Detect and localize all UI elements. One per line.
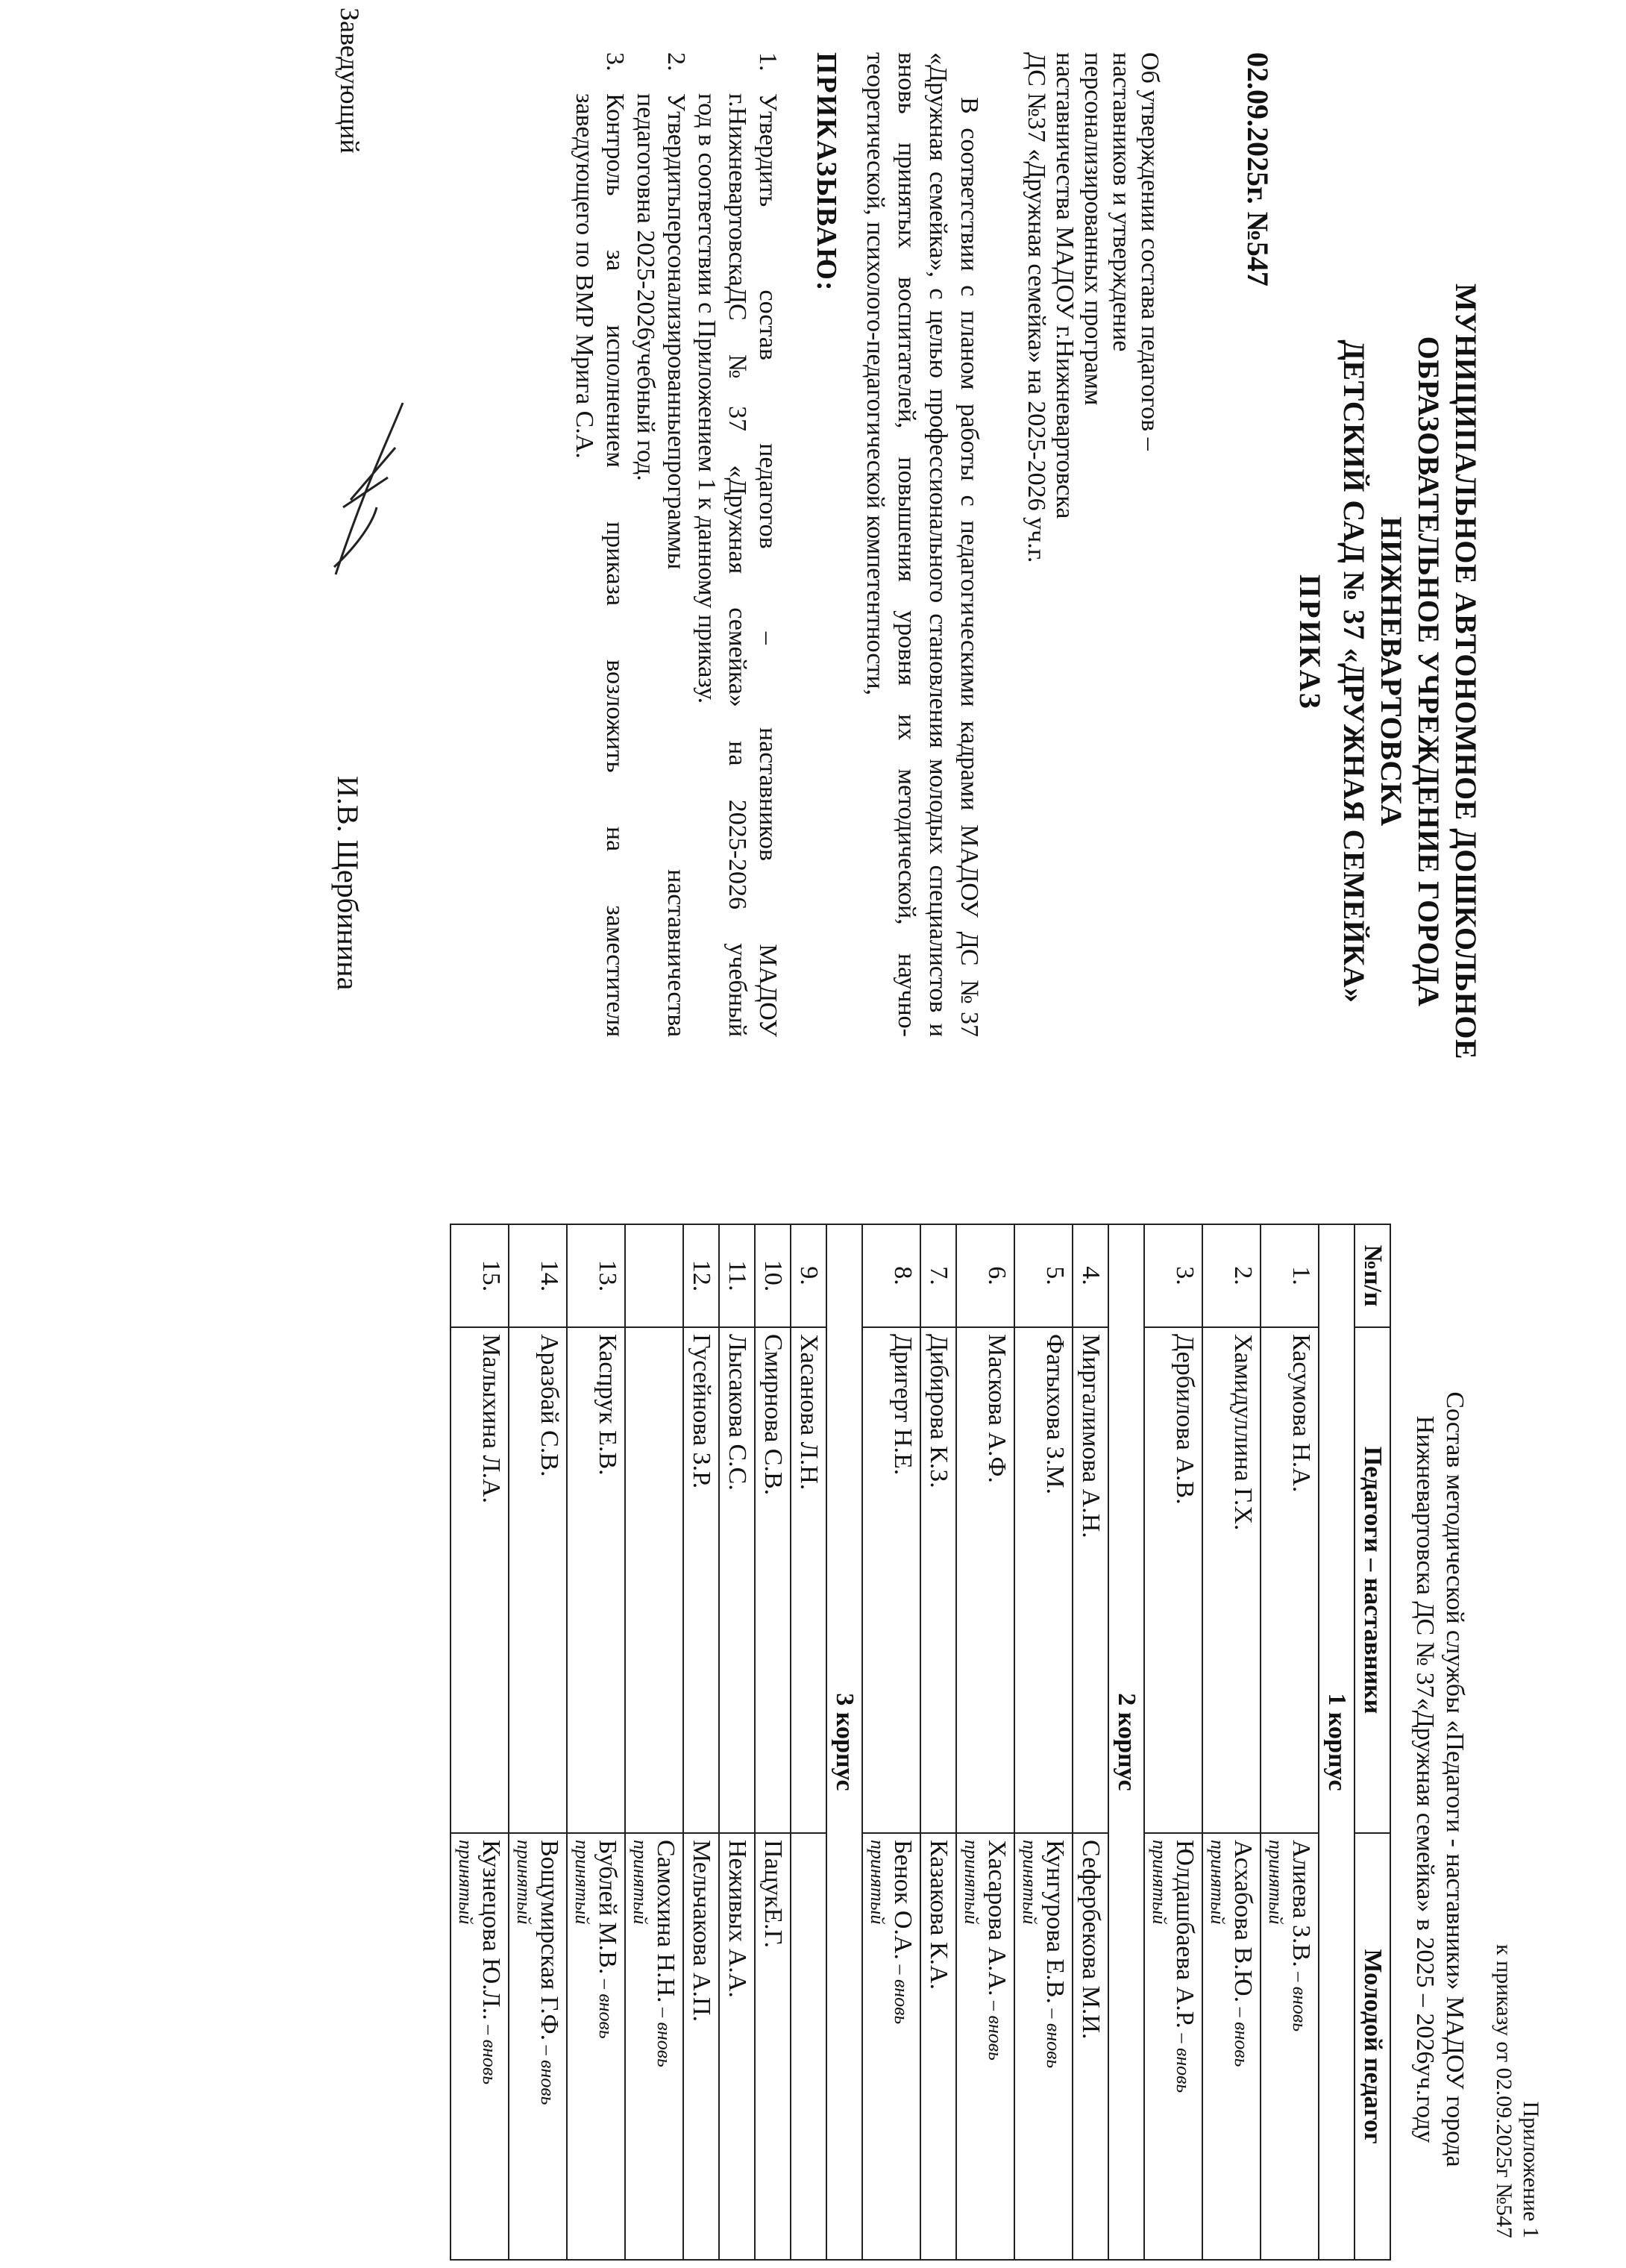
- new-hire-note: – вновь: [479, 2020, 500, 2084]
- mentor-name: Гусейнова З.Р.: [683, 1327, 719, 1833]
- mentor-name: Дибирова К.З.: [920, 1327, 956, 1833]
- new-hire-status: принятый: [629, 1840, 651, 2253]
- young-teacher-cell: Юлдашбаева А.Р. – вновьпринятый: [1144, 1833, 1202, 2260]
- table-row: 15.Малыхина Л.А.Кузнецова Ю.Л.. – вновьп…: [451, 1224, 509, 2260]
- row-number: 9.: [791, 1224, 826, 1327]
- young-teacher-name: Бублей М.В.: [594, 1840, 621, 1974]
- order-item-number: 3.: [569, 52, 630, 93]
- young-teacher-name: Казакова К.А.: [925, 1840, 952, 1990]
- mentors-table: №п/п Педагоги – наставники Молодой педаг…: [450, 1224, 1391, 2261]
- row-number: 11.: [719, 1224, 755, 1327]
- young-teacher-name: Бенок О.А.: [889, 1840, 917, 1960]
- order-page: МУНИЦИПАЛЬНОЕ АВТОНОМНОЕ ДОШКОЛЬНОЕ ОБРА…: [276, 7, 1499, 1127]
- header-line: ОБРАЗОВАТЕЛЬНОЕ УЧРЕЖДЕНИЕ ГОРОДА НИЖНЕВ…: [1372, 246, 1447, 1097]
- mentor-name: Лысакова С.С.: [719, 1327, 755, 1833]
- new-hire-note: – вновь: [595, 1974, 617, 2038]
- table-row: 10.Смирнова С.В.ПацукЕ.Г.: [755, 1224, 791, 2260]
- row-number: [625, 1224, 683, 1327]
- young-teacher-cell: Бенок О.А. – вновьпринятый: [862, 1833, 920, 2260]
- young-teacher-cell: Казакова К.А.: [920, 1833, 956, 2260]
- section-row: 1 корпус: [1319, 1224, 1355, 2260]
- mentor-name: [625, 1327, 683, 1833]
- order-item-line: г.НижневартовскаДС №37 «Дружная семейка»…: [722, 93, 753, 1037]
- mentor-name: Миргалимова А.Н.: [1073, 1327, 1108, 1833]
- young-teacher-cell: Мельчакова А.П.: [683, 1833, 719, 2260]
- new-hire-note: – вновь: [1289, 1967, 1310, 2032]
- row-number: 6.: [956, 1224, 1014, 1327]
- appendix-title: Состав методической службы «Педагоги - н…: [1410, 1306, 1469, 2253]
- mentor-name: Каспрук Е.В.: [567, 1327, 625, 1833]
- appendix-title-line: Нижневартовска ДС № 37«Дружная семейка» …: [1410, 1306, 1440, 2253]
- order-item-line: год в соответствии с Приложением 1 к дан…: [691, 93, 722, 1037]
- mentor-name: Хасанова Л.Н.: [791, 1327, 826, 1833]
- row-number: 4.: [1073, 1224, 1108, 1327]
- mentor-name: Хамидуллина Г.Х.: [1202, 1327, 1261, 1833]
- young-teacher-name: Кузнецова Ю.Л..: [477, 1840, 505, 2020]
- order-item-line: педагоговна 2025-2026учебный год.: [630, 93, 661, 1037]
- new-hire-note: – вновь: [537, 2040, 559, 2105]
- young-teacher-name: Вощумирская Г.Ф.: [536, 1840, 563, 2040]
- order-item: 1.Утвердить состав педагогов – наставник…: [691, 52, 783, 1037]
- order-item-number: 2.: [630, 52, 691, 93]
- young-teacher-cell: Кузнецова Ю.Л.. – вновьпринятый: [451, 1833, 509, 2260]
- new-hire-status: принятый: [454, 1840, 477, 2253]
- order-item-number: 1.: [691, 52, 783, 93]
- row-number: 7.: [920, 1224, 956, 1327]
- decree-word: ПРИКАЗЫВАЮ:: [810, 52, 843, 292]
- mentor-name: Дригерт Н.Е.: [862, 1327, 920, 1833]
- young-teacher-name: ПацукЕ.Г.: [759, 1840, 787, 1948]
- young-teacher-cell: Неживых А.А.: [719, 1833, 755, 2260]
- table-row: 14.Аразбай С.В.Вощумирская Г.Ф. – вновьп…: [509, 1224, 567, 2260]
- young-teacher-cell: Сефербекова М.И.: [1073, 1833, 1108, 2260]
- subject-line: Об утверждении состава педагогов –: [1135, 52, 1164, 724]
- new-hire-status: принятый: [512, 1840, 535, 2253]
- young-teacher-cell: Кунгурова Е.В. – вновьпринятый: [1014, 1833, 1073, 2260]
- table-row: 9.Хасанова Л.Н.: [791, 1224, 826, 2260]
- subject-line: ДС №37 «Дружная семейка» на 2025-2026 уч…: [1022, 52, 1050, 724]
- young-teacher-cell: Алиева З.В. – вновьпринятый: [1261, 1833, 1319, 2260]
- appendix-ref-line: Приложение 1: [1517, 1910, 1544, 2238]
- table-row: 4.Миргалимова А.Н.Сефербекова М.И.: [1073, 1224, 1108, 2260]
- new-hire-note: – вновь: [1043, 2004, 1064, 2068]
- new-hire-status: принятый: [1206, 1840, 1228, 2253]
- table-row: 13.Каспрук Е.В.Бублей М.В. – вновьпринят…: [567, 1224, 625, 2260]
- row-number: 14.: [509, 1224, 567, 1327]
- subject-line: наставников и утверждение: [1107, 52, 1135, 724]
- order-date-number: 02.09.2025г. №547: [1240, 52, 1275, 286]
- new-hire-status: принятый: [571, 1840, 593, 2253]
- new-hire-note: – вновь: [653, 2003, 675, 2067]
- new-hire-status: принятый: [1264, 1840, 1287, 2253]
- column-header-mentors: Педагоги – наставники: [1355, 1327, 1390, 1833]
- header-line: МУНИЦИПАЛЬНОЕ АВТОНОМНОЕ ДОШКОЛЬНОЕ: [1447, 246, 1484, 1097]
- mentor-name: Маскова А.Ф.: [956, 1327, 1014, 1833]
- institution-header: МУНИЦИПАЛЬНОЕ АВТОНОМНОЕ ДОШКОЛЬНОЕ ОБРА…: [1335, 246, 1484, 1097]
- young-teacher-cell: Асхабова В.Ю. – вновьпринятый: [1202, 1833, 1261, 2260]
- table-body: 1 корпус1.Касумова Н.А.Алиева З.В. – вно…: [451, 1224, 1355, 2260]
- scan-speck: [597, 1382, 600, 1385]
- appendix-ref-line: к приказу от 02.09.2025г №547: [1490, 1910, 1517, 2238]
- section-label: 1 корпус: [1319, 1224, 1355, 2260]
- row-number: 15.: [451, 1224, 509, 1327]
- young-teacher-name: Асхабова В.Ю.: [1229, 1840, 1257, 2002]
- new-hire-note: – вновь: [985, 1996, 1006, 2061]
- order-items: 1.Утвердить состав педагогов – наставник…: [569, 52, 783, 1037]
- signature-icon: [328, 395, 418, 589]
- mentor-name: Смирнова С.В.: [755, 1327, 791, 1833]
- mentor-name: Аразбай С.В.: [509, 1327, 567, 1833]
- column-header-number: №п/п: [1355, 1224, 1390, 1327]
- section-label: 2 корпус: [1108, 1224, 1144, 2260]
- preamble-text: В соответствии с планом работы с педагог…: [859, 52, 985, 1037]
- table-row: 12.Гусейнова З.Р.Мельчакова А.П.: [683, 1224, 719, 2260]
- new-hire-status: принятый: [960, 1840, 982, 2253]
- young-teacher-name: Самохина Н.Н.: [652, 1840, 679, 2003]
- signatory-role: Заведующий: [334, 7, 365, 154]
- table-row: 6.Маскова А.Ф.Хасарова А.А. – вновьприня…: [956, 1224, 1014, 2260]
- appendix-title-line: Состав методической службы «Педагоги - н…: [1440, 1306, 1469, 2253]
- preamble: В соответствии с планом работы с педагог…: [859, 52, 985, 1037]
- table-row: 5.Фатыхова З.М.Кунгурова Е.В. – вновьпри…: [1014, 1224, 1073, 2260]
- mentor-name: Фатыхова З.М.: [1014, 1327, 1073, 1833]
- row-number: 2.: [1202, 1224, 1261, 1327]
- row-number: 12.: [683, 1224, 719, 1327]
- mentor-name: Малыхина Л.А.: [451, 1327, 509, 1833]
- row-number: 10.: [755, 1224, 791, 1327]
- column-header-young-teacher: Молодой педагог: [1355, 1833, 1390, 2260]
- order-title: ПРИКАЗ: [1293, 574, 1328, 711]
- table-row: Самохина Н.Н. – вновьпринятый: [625, 1224, 683, 2260]
- table-row: 7.Дибирова К.З.Казакова К.А.: [920, 1224, 956, 2260]
- young-teacher-cell: Самохина Н.Н. – вновьпринятый: [625, 1833, 683, 2260]
- new-hire-note: – вновь: [891, 1960, 912, 2024]
- subject-line: наставничества МАДОУ г.Нижневартовска: [1050, 52, 1079, 724]
- new-hire-note: – вновь: [1173, 2029, 1194, 2093]
- order-item-line: заведующего по ВМР Мрига С.А.: [569, 93, 600, 1037]
- young-teacher-name: Кунгурова Е.В.: [1041, 1840, 1069, 2004]
- young-teacher-name: Неживых А.А.: [723, 1840, 751, 1998]
- young-teacher-name: Алиева З.В.: [1287, 1840, 1315, 1967]
- order-item-line: Утвердить состав педагогов – наставников…: [753, 93, 783, 1037]
- appendix-reference: Приложение 1 к приказу от 02.09.2025г №5…: [1490, 1910, 1544, 2238]
- new-hire-status: принятый: [1148, 1840, 1170, 2253]
- row-number: 13.: [567, 1224, 625, 1327]
- order-item: 3.Контроль за исполнением приказа возлож…: [569, 52, 630, 1037]
- order-item-line: Контроль за исполнением приказа возложит…: [600, 93, 630, 1037]
- young-teacher-cell: Вощумирская Г.Ф. – вновьпринятый: [509, 1833, 567, 2260]
- order-item-text: Утвердить состав педагогов – наставников…: [691, 93, 783, 1037]
- signatory-name: И.В. Щербинина: [330, 776, 365, 990]
- new-hire-status: принятый: [866, 1840, 888, 2253]
- row-number: 5.: [1014, 1224, 1073, 1327]
- appendix-page: Приложение 1 к приказу от 02.09.2025г №5…: [291, 1194, 1574, 2268]
- order-item-text: Контроль за исполнением приказа возложит…: [569, 93, 630, 1037]
- new-hire-status: принятый: [1018, 1840, 1040, 2253]
- order-subject: Об утверждении состава педагогов – наста…: [1022, 52, 1164, 724]
- order-item: 2.Утвердитьперсонализированныепрограммы …: [630, 52, 691, 1037]
- order-item-line: Утвердитьперсонализированныепрограммы на…: [661, 93, 691, 1037]
- table-row: 11.Лысакова С.С.Неживых А.А.: [719, 1224, 755, 2260]
- young-teacher-cell: [791, 1833, 826, 2260]
- table-row: 1.Касумова Н.А.Алиева З.В. – вновьпринят…: [1261, 1224, 1319, 2260]
- table-row: 8.Дригерт Н.Е.Бенок О.А. – вновьпринятый: [862, 1224, 920, 2260]
- subject-line: персонализированных программ: [1079, 52, 1107, 724]
- row-number: 3.: [1144, 1224, 1202, 1327]
- young-teacher-name: Хасарова А.А.: [983, 1840, 1011, 1996]
- header-line: ДЕТСКИЙ САД № 37 «ДРУЖНАЯ СЕМЕЙКА»: [1335, 246, 1372, 1097]
- table-row: 3.Дербилова А.В.Юлдашбаева А.Р. – вновьп…: [1144, 1224, 1202, 2260]
- young-teacher-cell: Бублей М.В. – вновьпринятый: [567, 1833, 625, 2260]
- young-teacher-name: Юлдашбаева А.Р.: [1171, 1840, 1199, 2029]
- new-hire-note: – вновь: [1231, 2002, 1252, 2067]
- young-teacher-name: Сефербекова М.И.: [1077, 1840, 1105, 2039]
- order-item-text: Утвердитьперсонализированныепрограммы на…: [630, 93, 691, 1037]
- section-row: 3 корпус: [826, 1224, 862, 2260]
- young-teacher-cell: ПацукЕ.Г.: [755, 1833, 791, 2260]
- young-teacher-name: Мельчакова А.П.: [688, 1840, 715, 2022]
- row-number: 8.: [862, 1224, 920, 1327]
- young-teacher-cell: Хасарова А.А. – вновьпринятый: [956, 1833, 1014, 2260]
- table-header-row: №п/п Педагоги – наставники Молодой педаг…: [1355, 1224, 1390, 2260]
- mentor-name: Касумова Н.А.: [1261, 1327, 1319, 1833]
- mentor-name: Дербилова А.В.: [1144, 1327, 1202, 1833]
- table-row: 2.Хамидуллина Г.Х.Асхабова В.Ю. – вновьп…: [1202, 1224, 1261, 2260]
- row-number: 1.: [1261, 1224, 1319, 1327]
- section-label: 3 корпус: [826, 1224, 862, 2260]
- section-row: 2 корпус: [1108, 1224, 1144, 2260]
